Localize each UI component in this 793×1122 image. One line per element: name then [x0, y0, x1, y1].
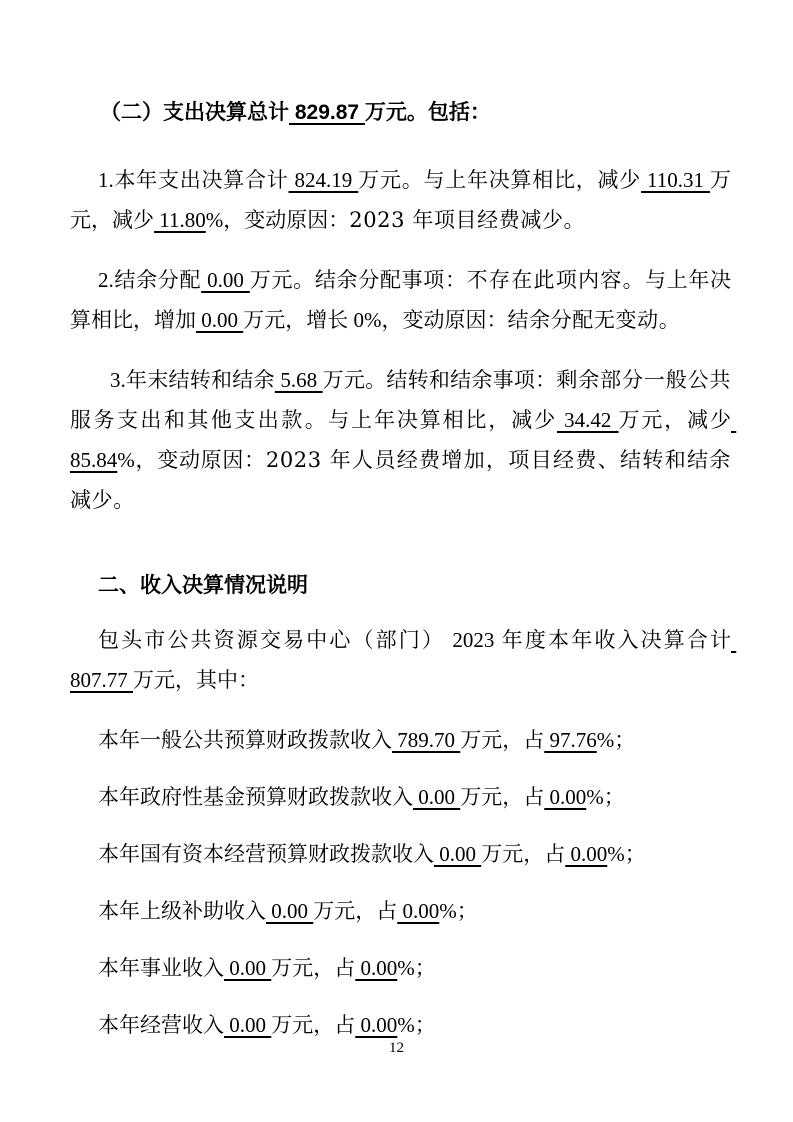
underlined-value: 789.70 [392, 728, 460, 752]
underlined-value: 824.19 [289, 168, 359, 192]
text-segment: （二）支出决算总计 [100, 101, 289, 124]
underlined-value: 0.00 [355, 1013, 397, 1037]
item-government-fund-revenue: 本年政府性基金预算财政拨款收入 0.00 万元，占 0.00%； [70, 777, 731, 817]
text-segment: %； [397, 956, 436, 980]
underlined-value: 110.31 [641, 168, 710, 192]
item-institutional-revenue: 本年事业收入 0.00 万元，占 0.00%； [70, 948, 731, 988]
underlined-value: 0.00 [201, 268, 250, 292]
text-segment: 1.本年支出决算合计 [98, 168, 289, 192]
text-segment: 万元，占 [271, 956, 355, 980]
text-segment: 3.年末结转和结余 [110, 368, 275, 392]
underlined-value: 34.42 [557, 408, 619, 432]
item-superior-subsidy-revenue: 本年上级补助收入 0.00 万元，占 0.00%； [70, 891, 731, 931]
underlined-value: 0.00 [397, 899, 439, 923]
text-segment: 不存在此项内容。 [467, 268, 645, 292]
underlined-value: 0.00 [266, 899, 313, 923]
text-segment: 本年上级补助收入 [98, 899, 266, 923]
text-segment: 万元，占 [460, 728, 544, 752]
underlined-value: 0.00 [196, 308, 243, 332]
underlined-value: 0.00 [434, 842, 481, 866]
text-segment: 万元，占 [460, 785, 544, 809]
text-segment: 万元，占 [271, 1013, 355, 1037]
item-state-capital-revenue: 本年国有资本经营预算财政拨款收入 0.00 万元，占 0.00%； [70, 834, 731, 874]
text-segment: %，变动原因： [206, 208, 350, 232]
underlined-value: 0.00 [565, 842, 607, 866]
text-segment: %； [607, 842, 646, 866]
text-segment: %； [586, 785, 625, 809]
paragraph-revenue-intro: 包头市公共资源交易中心（部门） 2023 年度本年收入决算合计 807.77 万… [70, 620, 731, 700]
underlined-value: 0.00 [224, 956, 271, 980]
text-segment: 万元。包括： [365, 101, 491, 124]
text-segment: 万元，其中： [133, 668, 259, 692]
text-segment: 万元，增长 0%，变动原因： [243, 308, 507, 332]
text-segment: 本年一般公共预算财政拨款收入 [98, 728, 392, 752]
document-page: （二）支出决算总计 829.87 万元。包括： 1.本年支出决算合计 824.1… [0, 0, 793, 1122]
text-segment: 本年政府性基金预算财政拨款收入 [98, 785, 413, 809]
text-segment: 万元，占 [481, 842, 565, 866]
text-segment: 结余分配无变动。 [508, 308, 681, 332]
text-segment: %； [597, 728, 636, 752]
text-segment: 万元，减少 [619, 408, 732, 432]
paragraph-current-year-expenditure: 1.本年支出决算合计 824.19 万元。与上年决算相比，减少 110.31 万… [70, 160, 731, 240]
underlined-value: 0.00 [355, 956, 397, 980]
text-segment: %，变动原因： [117, 448, 266, 472]
text-segment: 与上年决算相比，减少 [328, 408, 557, 432]
text-segment: 包头市公共资源交易中心（部门） 2023 年度本年收入决算合计 [98, 628, 731, 652]
text-segment: 万元，占 [313, 899, 397, 923]
underlined-value: 5.68 [275, 368, 323, 392]
text-segment: %； [397, 1013, 436, 1037]
underlined-value: 829.87 [289, 101, 365, 124]
heading-revenue-section: 二、收入决算情况说明 [70, 566, 731, 606]
text-segment: %； [439, 899, 478, 923]
underlined-value: 0.00 [224, 1013, 271, 1037]
text-segment: 万元。与上年决算相比，减少 [358, 168, 641, 192]
underlined-value: 0.00 [544, 785, 586, 809]
underlined-value: 97.76 [544, 728, 597, 752]
text-segment: 2023 年项目经费减少。 [349, 208, 585, 232]
text-segment: 本年经营收入 [98, 1013, 224, 1037]
heading-expenditure-total: （二）支出决算总计 829.87 万元。包括： [70, 93, 731, 133]
paragraph-surplus-distribution: 2.结余分配 0.00 万元。结余分配事项：不存在此项内容。与上年决算相比，增加… [70, 260, 731, 340]
text-segment: 本年事业收入 [98, 956, 224, 980]
paragraph-year-end-carryover: 3.年末结转和结余 5.68 万元。结转和结余事项：剩余部分一般公共服务支出和其… [70, 360, 731, 520]
text-segment: 万元。结转和结余事项： [323, 368, 557, 392]
underlined-value: 11.80 [154, 208, 206, 232]
text-segment: 二、收入决算情况说明 [98, 574, 308, 597]
text-segment: 万元。结余分配事项： [250, 268, 467, 292]
page-number: 12 [0, 1038, 793, 1058]
item-general-public-budget-revenue: 本年一般公共预算财政拨款收入 789.70 万元，占 97.76%； [70, 720, 731, 760]
text-segment: 2.结余分配 [98, 268, 201, 292]
text-segment: 本年国有资本经营预算财政拨款收入 [98, 842, 434, 866]
underlined-value: 0.00 [413, 785, 460, 809]
